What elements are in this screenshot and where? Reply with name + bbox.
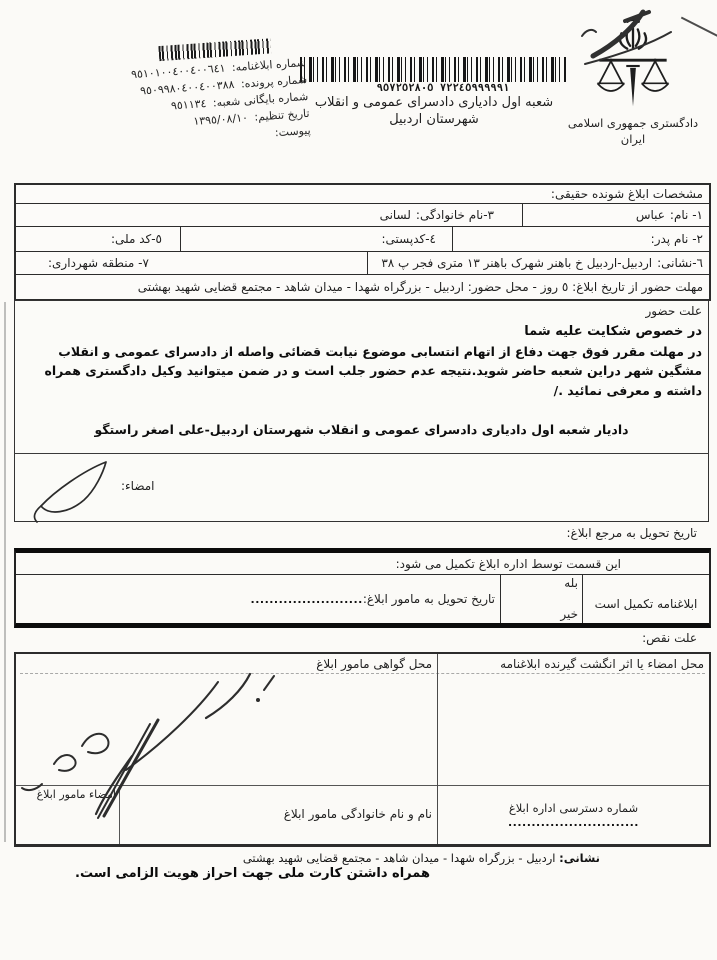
- footer-address: نشانی: اردبیل - بزرگراه شهدا - میدان شاه…: [243, 851, 600, 865]
- yes-no-cell: بله خیر: [500, 575, 583, 623]
- yes-option: بله: [564, 576, 578, 590]
- office-access-label: شماره دسترسی اداره ابلاغ: [438, 801, 709, 815]
- table-row: ٢- نام پدر: ٤-کدپستی: ٥-کد ملی:: [16, 226, 709, 251]
- notification-office-table: این قسمت توسط اداره ابلاغ تکمیل می شود: …: [14, 548, 711, 628]
- barcode: [300, 57, 568, 82]
- judiciary-country: ایران: [563, 132, 703, 148]
- delivery-to-officer-label: تاریخ تحویل به مامور ابلاغ:: [363, 592, 495, 606]
- table-row: ابلاغنامه تکمیل است بله خیر تاریخ تحویل …: [16, 575, 709, 623]
- national-code-cell: ٥-کد ملی:: [16, 227, 180, 251]
- recipient-signature-column: محل امضاء یا اثر انگشت گیرنده ابلاغنامه …: [437, 654, 709, 844]
- issue-date-value: ١٣٩٥/٠٨/١٠: [193, 111, 248, 128]
- table-row: مهلت حضور از تاریخ ابلاغ: ٥ روز - محل حض…: [16, 274, 709, 299]
- archive-number-value: ٩٥١١٣٤: [171, 97, 207, 112]
- no-option: خیر: [560, 607, 578, 621]
- recipient-info-table: مشخصات ابلاغ شونده حقیقی: ١- نام: عباس ٣…: [14, 183, 711, 301]
- branch-title-line2: شهرستان اردبیل: [296, 112, 572, 127]
- delivery-to-authority-label: تاریخ تحویل به مرجع ابلاغ:: [566, 526, 697, 540]
- attachment-label: پیوست:: [274, 124, 311, 139]
- branch-title-line1: شعبه اول دادیاری دادسرای عمومی و انقلاب: [296, 95, 572, 110]
- certification-box: محل امضاء یا اثر انگشت گیرنده ابلاغنامه …: [14, 652, 711, 847]
- name-cell: ١- نام: عباس: [522, 204, 709, 226]
- table-row: ١- نام: عباس ٣-نام خانوادگی: لسانی: [16, 203, 709, 226]
- officer-certification-header: محل گواهی مامور ابلاغ: [16, 654, 437, 671]
- appearance-deadline-cell: مهلت حضور از تاریخ ابلاغ: ٥ روز - محل حض…: [16, 275, 709, 299]
- footer-id-notice: همراه داشتن کارت ملی جهت احراز هویت الزا…: [75, 866, 430, 881]
- surname-value: لسانی: [380, 208, 411, 222]
- delivery-to-officer-cell: تاریخ تحویل به مامور ابلاغ: ............…: [16, 575, 500, 623]
- name-value: عباس: [636, 208, 665, 222]
- municipal-district-cell: ٧- منطقه شهرداری:: [16, 252, 367, 274]
- judiciary-title: دادگستری جمهوری اسلامی: [563, 116, 703, 132]
- barcode-number: ٧٢٢٤٥٩٩٩٩٩١ ٩٥٧٢٥٢٨٠٥: [318, 82, 568, 94]
- case-meta-block: شماره ابلاغنامه: ٩٥١٠١٠٠٤٠٠٤٠٠٦٤١ شماره …: [97, 36, 312, 153]
- table-row: ٦-نشانی: اردبیل-اردبیل خ باهنر شهرک باهن…: [16, 251, 709, 274]
- officer-certification-column: محل گواهی مامور ابلاغ نام و نام خانوادگی…: [16, 654, 437, 844]
- name-label: ١- نام:: [670, 208, 703, 222]
- issuing-officer-title: دادیار شعبه اول دادیاری دادسرای عمومی و …: [15, 422, 708, 437]
- notification-complete-cell: ابلاغنامه تکمیل است: [583, 575, 709, 623]
- address-cell: ٦-نشانی: اردبیل-اردبیل خ باهنر شهرک باهن…: [367, 252, 709, 274]
- officer-identity-row: نام و نام خانوادگی مامور ابلاغ امضاء مام…: [16, 785, 437, 844]
- footer-address-label: نشانی:: [559, 851, 600, 865]
- recipient-title: مشخصات ابلاغ شونده حقیقی:: [16, 185, 709, 203]
- attachment-value: [271, 127, 272, 140]
- address-value: اردبیل-اردبیل خ باهنر شهرک باهنر ١٣ متری…: [381, 256, 652, 270]
- footer-address-value: اردبیل - بزرگراه شهدا - میدان شاهد - مجت…: [243, 851, 559, 865]
- table-row: مشخصات ابلاغ شونده حقیقی:: [16, 185, 709, 203]
- complaint-subject: در خصوص شکایت علیه شما: [524, 324, 702, 339]
- officer-signature-icon: [27, 453, 127, 531]
- fill-in-dashes: ........................: [251, 593, 363, 606]
- office-section-title: این قسمت توسط اداره ابلاغ تکمیل می شود:: [16, 553, 709, 575]
- court-notification-document: دادگستری جمهوری اسلامی ایران ٧٢٢٤٥٩٩٩٩٩١…: [0, 0, 717, 960]
- surname-label: ٣-نام خانوادگی:: [416, 208, 494, 222]
- summons-text: در مهلت مقرر فوق جهت دفاع از اتهام انتسا…: [35, 342, 702, 400]
- surname-cell: ٣-نام خانوادگی: لسانی: [16, 204, 522, 226]
- officer-signature-cell: امضاء مامور ابلاغ: [16, 786, 120, 844]
- reason-title: علت حضور: [645, 304, 702, 318]
- postal-code-cell: ٤-کدپستی:: [180, 227, 452, 251]
- scan-artifact-left-line: [4, 302, 6, 842]
- officer-name-cell: نام و نام خانوادگی مامور ابلاغ: [120, 786, 437, 844]
- father-name-cell: ٢- نام پدر:: [452, 227, 709, 251]
- issue-date-label: تاریخ تنظیم:: [254, 107, 310, 124]
- office-access-dashes: ............................: [438, 816, 709, 829]
- appearance-reason-box: علت حضور در خصوص شکایت علیه شما در مهلت …: [14, 300, 709, 522]
- deficiency-reason-label: علت نقص:: [642, 631, 697, 645]
- recipient-signature-header: محل امضاء یا اثر انگشت گیرنده ابلاغنامه: [438, 654, 709, 671]
- office-access-cell: شماره دسترسی اداره ابلاغ ...............…: [438, 785, 709, 844]
- address-label: ٦-نشانی:: [657, 256, 703, 270]
